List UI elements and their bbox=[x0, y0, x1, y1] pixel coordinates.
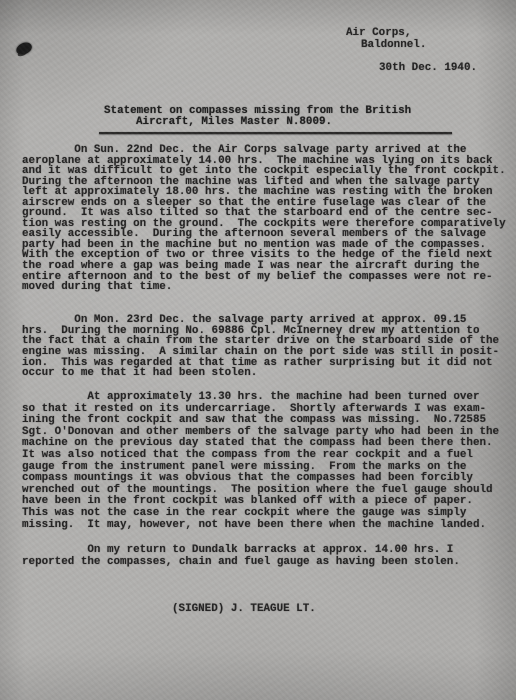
paragraph-4: On my return to Dundalk barracks at appr… bbox=[22, 545, 460, 568]
document-title-line2: Aircraft, Miles Master N.8009. bbox=[136, 117, 332, 128]
letterhead-date: 30th Dec. 1940. bbox=[379, 63, 477, 74]
document-photo: Air Corps, Baldonnel. 30th Dec. 1940. St… bbox=[0, 0, 516, 700]
paragraph-3: At approximately 13.30 hrs. the machine … bbox=[22, 392, 499, 531]
ink-blot-mark bbox=[15, 41, 34, 56]
paragraph-1: On Sun. 22nd Dec. the Air Corps salvage … bbox=[22, 145, 506, 293]
paragraph-2: On Mon. 23rd Dec. the salvage party arri… bbox=[22, 315, 499, 379]
title-underline-rule bbox=[99, 132, 452, 134]
letterhead-station: Baldonnel. bbox=[361, 40, 426, 51]
letterhead-unit: Air Corps, bbox=[346, 28, 411, 39]
signature-line: (SIGNED) J. TEAGUE LT. bbox=[172, 604, 316, 615]
